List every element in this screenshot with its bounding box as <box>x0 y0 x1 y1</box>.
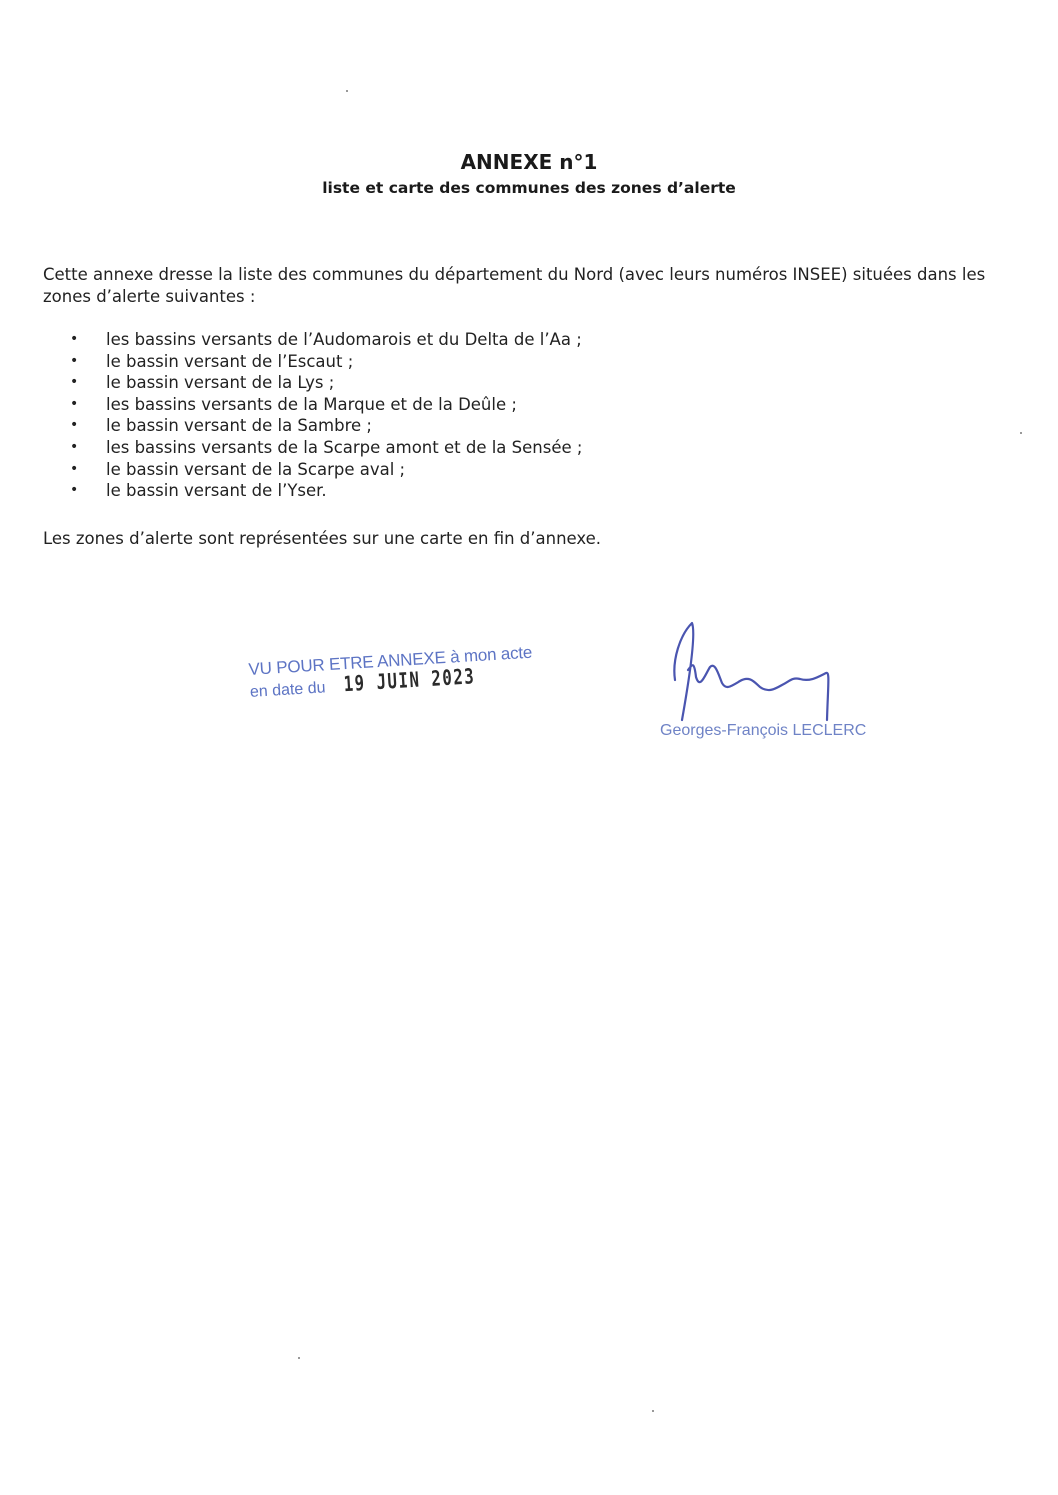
bullet-icon: • <box>70 415 78 437</box>
bullet-icon: • <box>70 372 78 394</box>
signatory-name: Georges-François LECLERC <box>660 722 866 740</box>
scan-speck <box>1020 432 1022 434</box>
scan-speck <box>346 90 348 92</box>
scan-speck <box>652 1410 654 1412</box>
stamp-date-label: en date du <box>249 679 326 701</box>
bullet-icon: • <box>70 394 78 416</box>
outro-paragraph: Les zones d’alerte sont représentées sur… <box>43 529 601 548</box>
bullet-icon: • <box>70 459 78 481</box>
scan-speck <box>298 1357 300 1359</box>
annex-stamp: VU POUR ETRE ANNEXE à mon acte en date d… <box>248 643 534 702</box>
bullet-icon: • <box>70 480 78 502</box>
bullet-icon: • <box>70 351 78 373</box>
handwritten-signature <box>660 615 880 725</box>
bullet-icon: • <box>70 437 78 459</box>
annex-subtitle: liste et carte des communes des zones d’… <box>0 179 1058 197</box>
bullet-icon: • <box>70 329 78 351</box>
annex-title: ANNEXE n°1 <box>0 150 1058 174</box>
intro-paragraph: Cette annexe dresse la liste des commune… <box>43 264 1003 308</box>
